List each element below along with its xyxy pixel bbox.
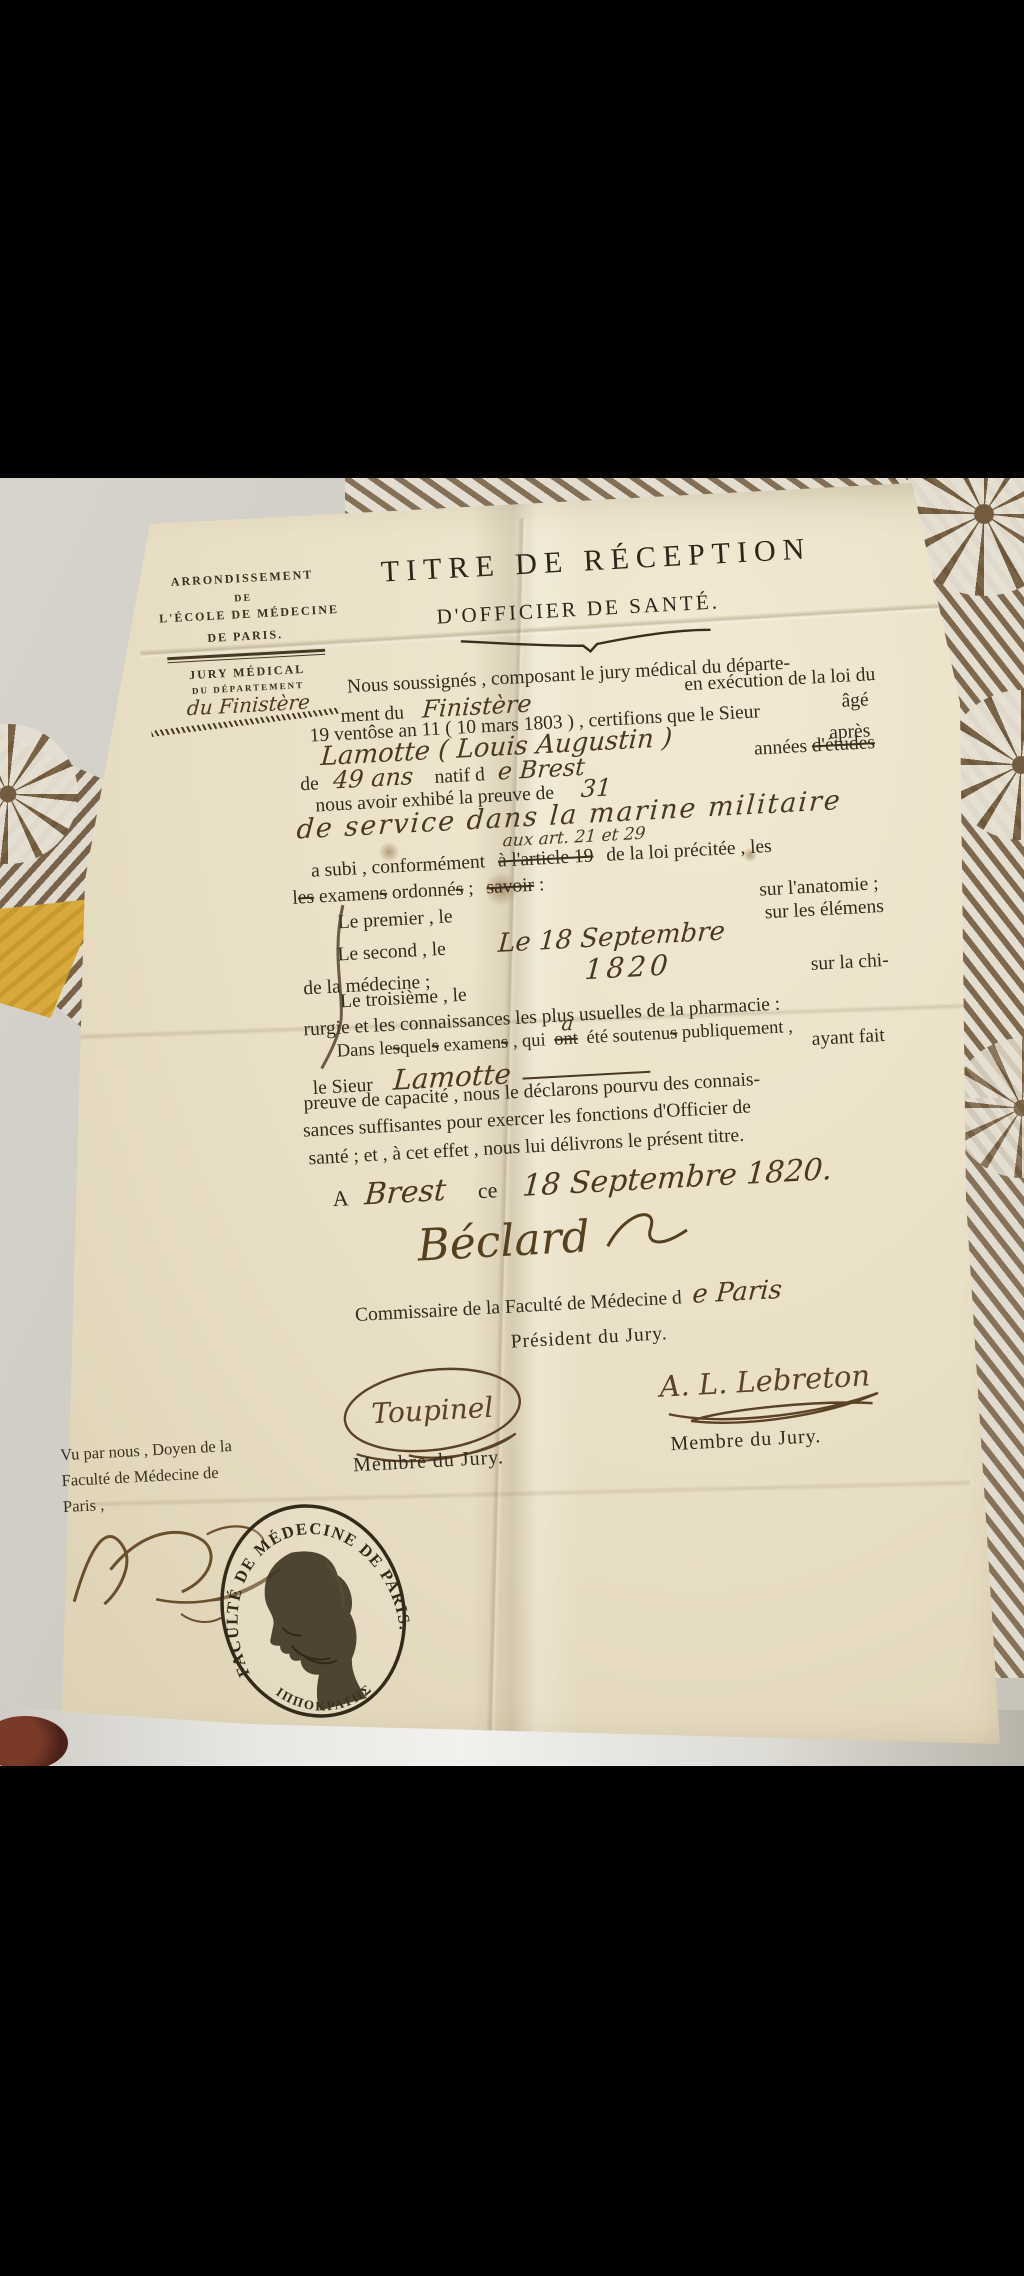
commissaire-line: Commissaire de la Faculté de Médecine d … xyxy=(354,1275,783,1328)
signature-beclard: Béclard xyxy=(416,1202,694,1272)
letterbox-bottom xyxy=(0,1766,1024,2276)
faculty-stamp: FACULTÉ DE MÉDECINE DE PARIS. ΙΠΠΟΚΡΑΤΗΣ xyxy=(190,1477,439,1752)
president-title: Président du Jury. xyxy=(510,1323,668,1353)
handwritten-correction: a xyxy=(561,1011,575,1036)
handwritten-city: Brest xyxy=(364,1173,448,1213)
document-title: TITRE DE RÉCEPTION xyxy=(380,535,771,590)
certificate-content: ARRONDISSEMENT DE L'ÉCOLE DE MÉDECINE DE… xyxy=(150,479,1024,1747)
pen-stroke xyxy=(309,899,398,1073)
margin-line: DE PARIS. xyxy=(160,624,331,648)
signature-paraph xyxy=(599,1202,694,1259)
ink-stain xyxy=(60,1126,76,1140)
photo-of-document: ARRONDISSEMENT DE L'ÉCOLE DE MÉDECINE DE… xyxy=(0,478,1024,1766)
title-flourish xyxy=(456,622,717,662)
screenshot-root: { "colors": { "paper": "#e8dec4", "ink":… xyxy=(0,0,1024,2276)
struck-word: d'études xyxy=(811,732,875,756)
margin-header-block: ARRONDISSEMENT DE L'ÉCOLE DE MÉDECINE DE… xyxy=(157,567,327,576)
handwritten-paris: e Paris xyxy=(691,1275,783,1310)
svg-text:Toupinel: Toupinel xyxy=(371,1391,494,1431)
margin-line: ARRONDISSEMENT xyxy=(157,567,328,591)
struck-word: savoir xyxy=(486,875,535,899)
handwritten-date: 18 Septembre 1820. xyxy=(521,1152,833,1204)
letterbox-top xyxy=(0,0,1024,478)
signature-lebreton: A. L. Lebreton xyxy=(658,1358,887,1433)
